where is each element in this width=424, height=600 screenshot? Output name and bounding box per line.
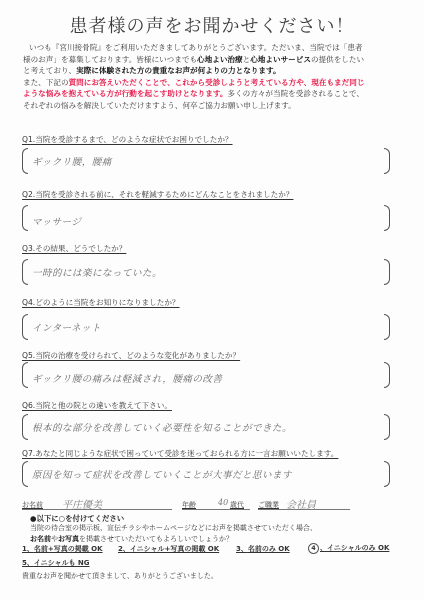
intro-line: それぞれの悩みを解決していただけますよう、何卒ご協力お願い申し上げます。	[23, 100, 408, 112]
intro-paragraph: いつも『宮川接骨院』をご利用いただきましてありがとうございます。ただいま、当院で…	[23, 42, 408, 112]
page-title: 患者様の声をお聞かせください！	[0, 12, 424, 38]
right-bracket	[384, 362, 390, 388]
respondent-info: お名前 平庄優美 年齢 40 歳代 ご職業 会社員	[22, 497, 352, 511]
answer-6-text: 根本的な部分を改善していく必要性を知ることができた。	[32, 420, 292, 434]
option-2[interactable]: 2、イニシャル+写真の掲載 OK	[118, 544, 219, 554]
question-4-label: Q4.どのように当院をお知りになりましたか？	[22, 297, 180, 308]
answer-6-field[interactable]: 根本的な部分を改善していく必要性を知ることができた。	[22, 414, 390, 440]
answer-2-text: マッサージ	[32, 214, 81, 228]
age-field[interactable]: 40	[218, 498, 228, 507]
selected-circle-icon: 4	[308, 543, 319, 554]
right-bracket	[384, 414, 390, 440]
question-2-label: Q2.当院を受診される前に、それを軽減するためにどんなことをされましたか？	[22, 189, 293, 200]
consent-description: 当院の待合室の掲示板、宣伝チラシやホームページなどにお声を掲載させていただく場合…	[30, 523, 317, 545]
right-bracket	[384, 314, 390, 340]
answer-1-text: ギックリ腰，腰痛	[32, 154, 112, 168]
closing-message: 貴重なお声を聞かせて頂きまして、ありがとうございました。	[22, 571, 218, 581]
name-field[interactable]: 平庄優美	[62, 496, 102, 511]
answer-5-text: ギックリ腰の痛みは軽減され，腰痛の改善	[32, 371, 222, 385]
answer-5-field[interactable]: ギックリ腰の痛みは軽減され，腰痛の改善	[22, 362, 390, 388]
question-6-label: Q6.当院と他の院との違いを教えて下さい。	[22, 400, 172, 411]
intro-line: と考えており、実際に体験された方の貴重なお声が何よりの力となります。	[23, 65, 408, 77]
answer-3-text: 一時的には楽になっていた。	[32, 265, 162, 279]
right-bracket	[384, 148, 390, 174]
survey-sheet: 患者様の声をお聞かせください！ いつも『宮川接骨院』をご利用いただきましてありが…	[0, 0, 424, 600]
question-5-label: Q5.当院の治療を受けられて、どのような変化がありましたか？	[22, 350, 240, 361]
occupation-field[interactable]: 会社員	[286, 496, 316, 511]
question-1-label: Q1.当院を受診するまで、どのような症状でお困りでしたか？	[22, 134, 233, 145]
answer-1-field[interactable]: ギックリ腰，腰痛	[22, 148, 390, 174]
intro-line: 様のお声」を募集しております。皆様にいつまでも心地よい治療と心地よいサービスの提…	[23, 54, 408, 66]
left-bracket	[22, 205, 28, 231]
answer-4-field[interactable]: インターネット	[22, 314, 390, 340]
left-bracket	[22, 314, 28, 340]
option-1[interactable]: 1、名前+写真の掲載 OK	[22, 544, 103, 554]
right-bracket	[384, 259, 390, 285]
intro-line: いつも『宮川接骨院』をご利用いただきましてありがとうございます。ただいま、当院で…	[23, 42, 408, 54]
question-7-label: Q7.あなたと同じような症状で困っていて受診を迷っておられる方に一言お願いいたし…	[22, 448, 338, 459]
intro-line: ような悩みを抱えている方が行動を起こす助けとなります。多くの方々が当院を受診され…	[23, 88, 408, 100]
left-bracket	[22, 148, 28, 174]
answer-7-field[interactable]: 原因を知って症状を改善していくことが大事だと思います	[22, 461, 390, 487]
left-bracket	[22, 461, 28, 487]
left-bracket	[22, 259, 28, 285]
answer-2-field[interactable]: マッサージ	[22, 205, 390, 231]
option-5[interactable]: 5、イニシャルも NG	[22, 558, 90, 568]
answer-7-text: 原因を知って症状を改善していくことが大事だと思います	[32, 467, 292, 481]
option-4-selected[interactable]: 4、イニシャルのみ OK	[308, 543, 389, 554]
option-3[interactable]: 3、名前のみ OK	[236, 544, 290, 554]
answer-4-text: インターネット	[32, 320, 101, 334]
intro-line: また、下記の質問にお答えいただくことで、これから受診しようと考えている方や、現在…	[23, 77, 408, 89]
question-3-label: Q3.その結果、どうでしたか？	[22, 243, 126, 254]
right-bracket	[384, 461, 390, 487]
age-suffix: 歳代	[230, 500, 244, 510]
answer-3-field[interactable]: 一時的には楽になっていた。	[22, 259, 390, 285]
left-bracket	[22, 414, 28, 440]
left-bracket	[22, 362, 28, 388]
right-bracket	[384, 205, 390, 231]
